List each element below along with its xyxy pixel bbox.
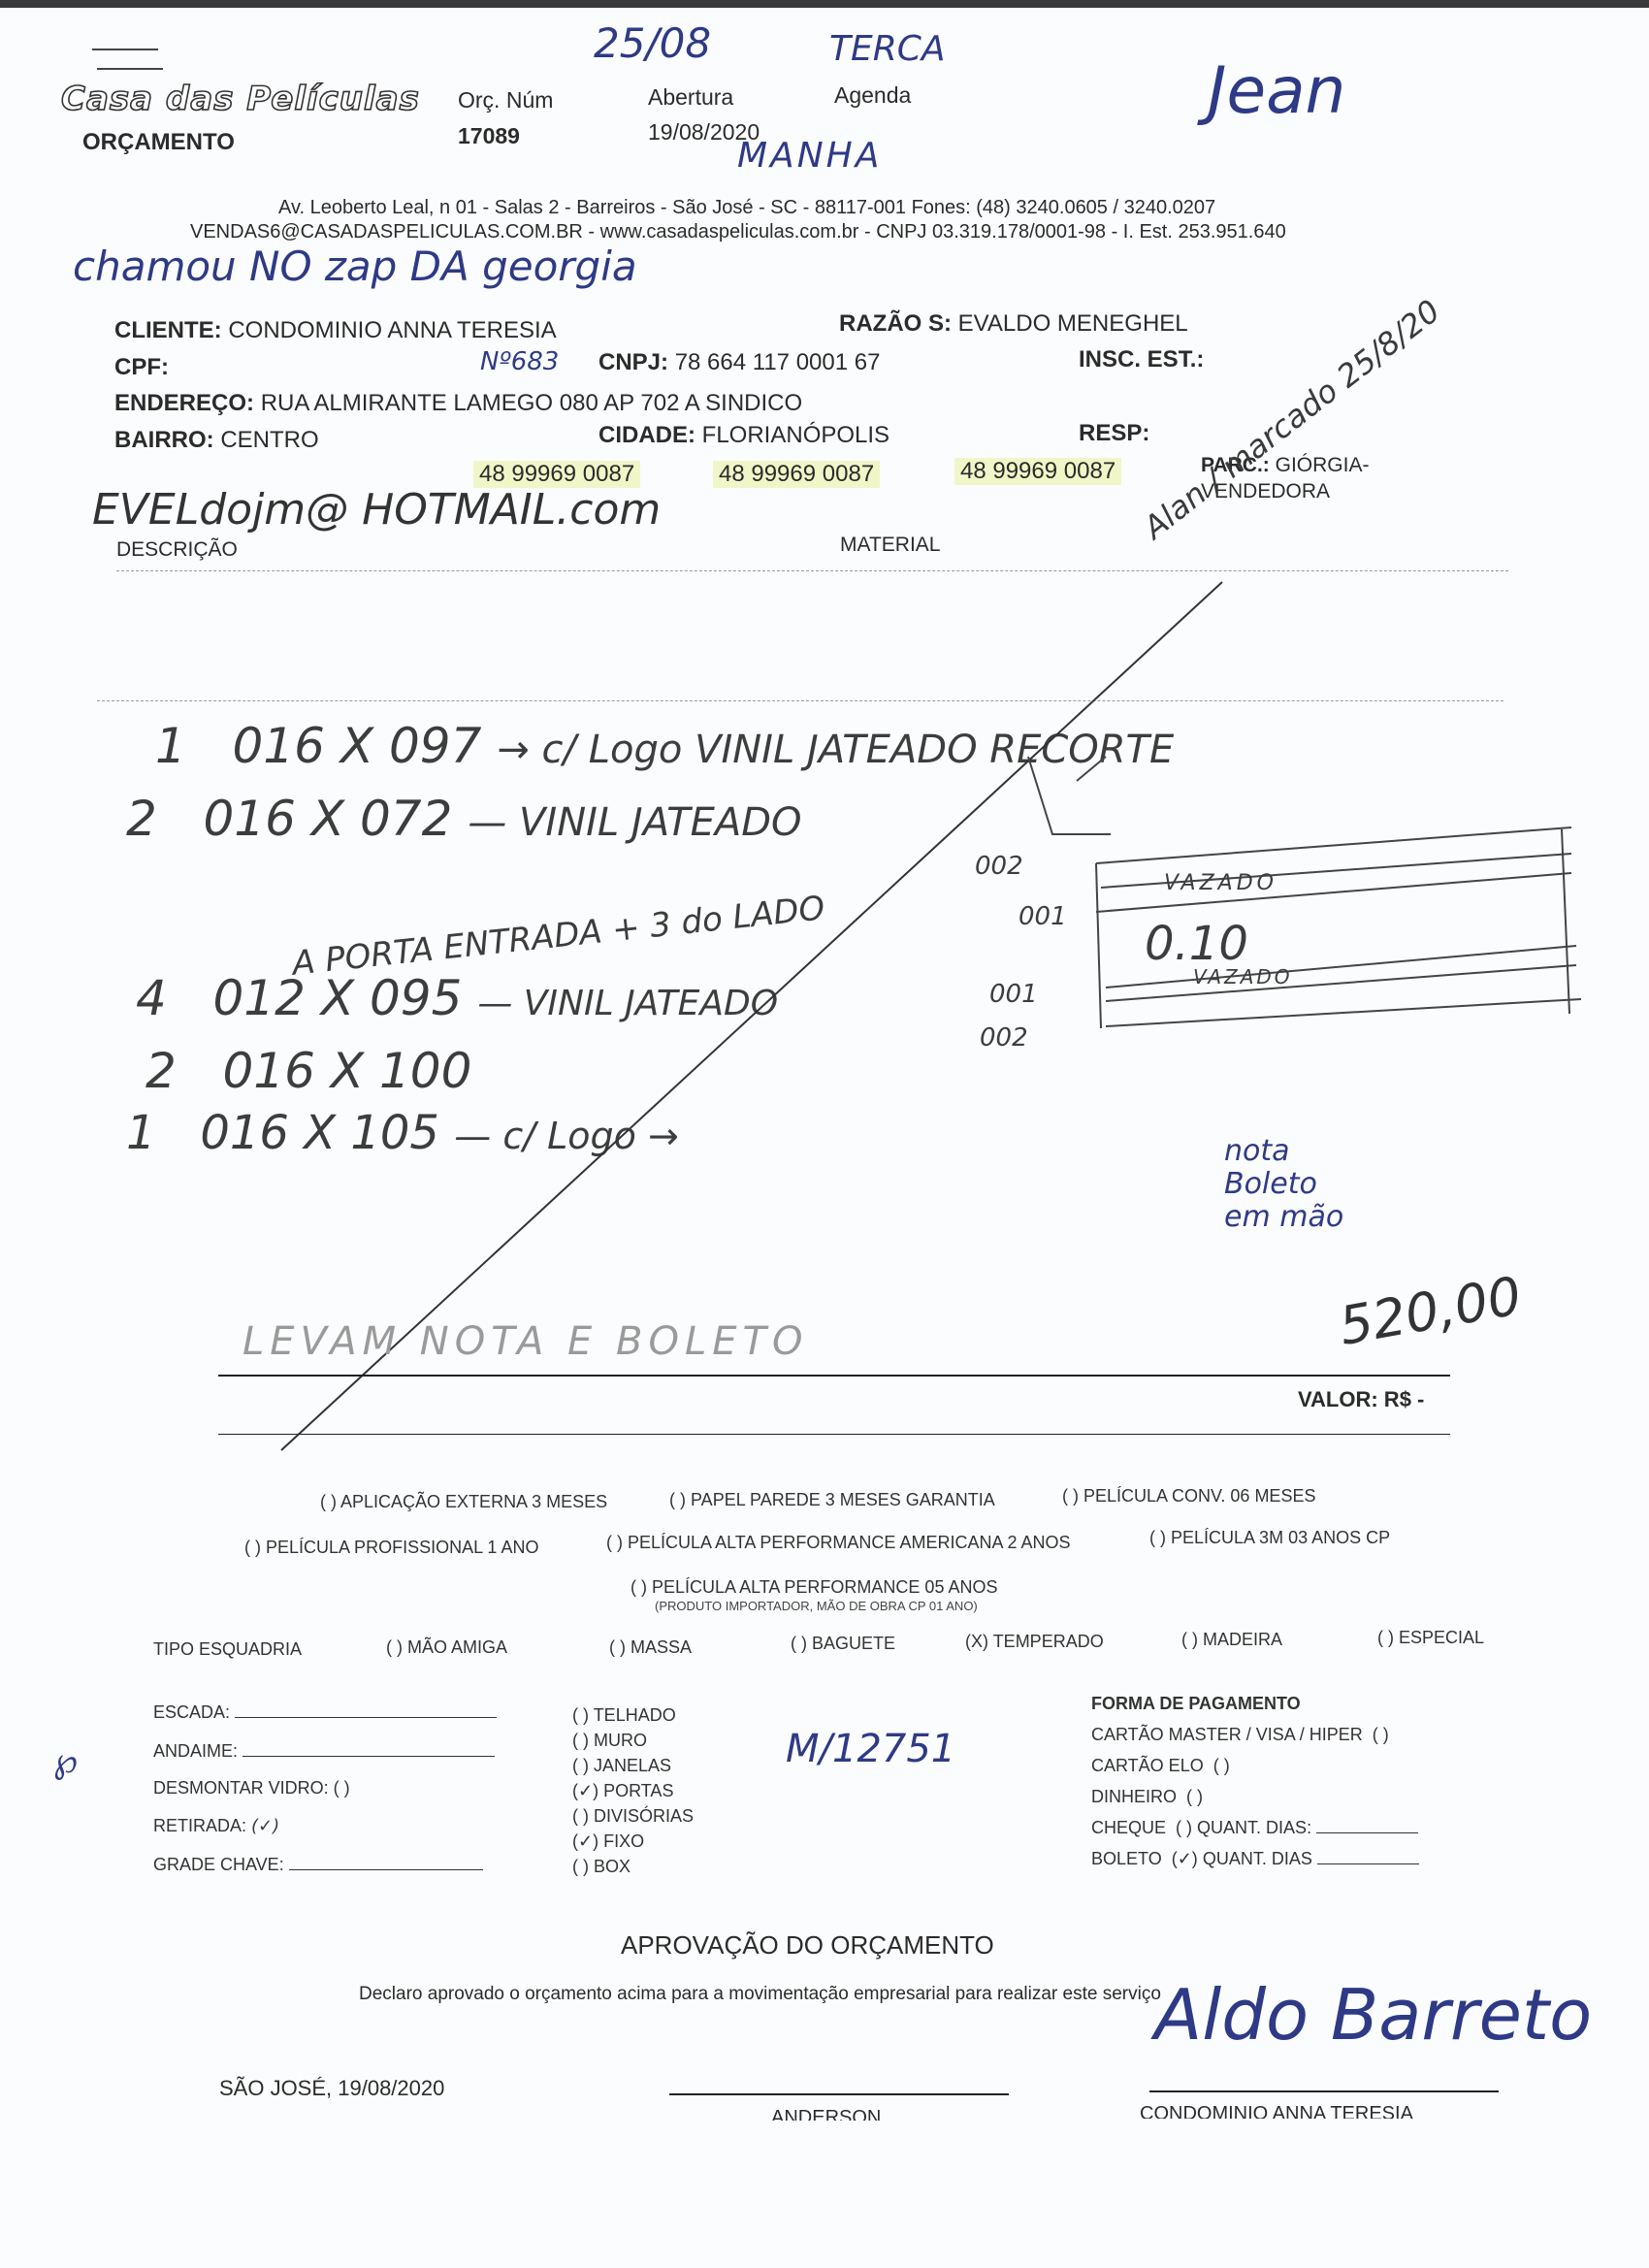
retirada-field: RETIRADA: (✓) xyxy=(153,1816,279,1836)
grade-chave-field: GRADE CHAVE: xyxy=(153,1855,483,1875)
abertura-label: Abertura xyxy=(648,84,733,111)
payment-option-checked: BOLETO (✓) QUANT. DIAS xyxy=(1091,1843,1419,1874)
side-note-line: Boleto xyxy=(1224,1168,1343,1201)
item-desc: — VINIL JATEADO xyxy=(477,984,778,1023)
cpf-label: CPF: xyxy=(114,354,169,381)
building-number-handwritten: Nº683 xyxy=(480,347,559,376)
phone-3: 48 99969 0087 xyxy=(954,458,1121,485)
phone-1: 48 99969 0087 xyxy=(473,461,640,488)
descricao-label: DESCRIÇÃO xyxy=(116,538,238,562)
location-option-checked: (✓) FIXO xyxy=(572,1829,694,1854)
client-row: CLIENTE: CONDOMINIO ANNA TERESIA xyxy=(114,317,557,344)
bairro-label: BAIRRO: xyxy=(114,427,214,453)
reference-number-handwritten: M/12751 xyxy=(786,1727,955,1771)
service-option-2: ( ) PAPEL PAREDE 3 MESES GARANTIA xyxy=(669,1490,995,1510)
item-row-6: 1 016 X 105 — c/ Logo → xyxy=(126,1106,679,1160)
company-contact: VENDAS6@CASADASPELICULAS.COM.BR - www.ca… xyxy=(190,221,1286,243)
side-note-handwritten: nota Boleto em mão xyxy=(1224,1135,1343,1234)
location-option: ( ) BOX xyxy=(572,1854,694,1879)
escada-field: ESCADA: xyxy=(153,1702,497,1723)
location-option-checked: (✓) PORTAS xyxy=(572,1778,694,1803)
company-logo: Casa das Películas xyxy=(61,80,420,118)
diagram-label-4: 002 xyxy=(980,1023,1028,1053)
diagram-top-text: VAZADO xyxy=(1164,871,1277,895)
parc-value: GIÓRGIA- xyxy=(1276,454,1370,476)
resp-label: RESP: xyxy=(1079,420,1149,447)
item-qty: 4 xyxy=(136,970,167,1026)
razao-label: RAZÃO S: xyxy=(839,310,952,337)
payment-option: CARTÃO ELO ( ) xyxy=(1091,1750,1419,1781)
approval-title: APROVAÇÃO DO ORÇAMENTO xyxy=(621,1930,994,1960)
item-size: 012 X 095 xyxy=(213,970,463,1026)
esquadria-option: ( ) MÃO AMIGA xyxy=(386,1637,507,1658)
item-qty: 1 xyxy=(126,1106,156,1160)
endereco-label: ENDEREÇO: xyxy=(114,390,254,416)
logo-mark-top xyxy=(92,49,158,50)
service-option-1: ( ) APLICAÇÃO EXTERNA 3 MESES xyxy=(320,1492,607,1512)
item-qty: 2 xyxy=(126,791,157,847)
andaime-field: ANDAIME: xyxy=(153,1741,495,1762)
approval-text: Declaro aprovado o orçamento acima para … xyxy=(359,1984,1161,2005)
cidade-label: CIDADE: xyxy=(598,422,695,448)
locations-list: ( ) TELHADO ( ) MURO ( ) JANELAS (✓) POR… xyxy=(572,1702,694,1879)
item-size: 016 X 097 xyxy=(233,718,482,774)
agenda-day-handwritten: TERCA xyxy=(829,29,946,69)
item-row-4: 4 012 X 095 — VINIL JATEADO xyxy=(136,970,778,1026)
insc-est-label: INSC. EST.: xyxy=(1079,346,1204,373)
esquadria-option: ( ) BAGUETE xyxy=(791,1634,895,1654)
phone-2: 48 99969 0087 xyxy=(713,461,880,488)
esquadria-option: ( ) ESPECIAL xyxy=(1377,1628,1484,1648)
total-value-handwritten: 520,00 xyxy=(1335,1265,1526,1357)
desmontar-field: DESMONTAR VIDRO: ( ) xyxy=(153,1778,350,1798)
agenda-date-handwritten: 25/08 xyxy=(594,19,711,67)
diagram-label-2: 001 xyxy=(1018,902,1067,931)
item-row-5: 2 016 X 100 xyxy=(145,1043,471,1099)
material-label: MATERIAL xyxy=(840,534,940,557)
place-date: SÃO JOSÉ, 19/08/2020 xyxy=(219,2076,444,2101)
orc-num-value: 17089 xyxy=(458,123,520,149)
seller-signature-line xyxy=(669,2093,1009,2095)
margin-mark: ℘ xyxy=(53,1741,78,1781)
seller-name: ANDERSON xyxy=(771,2107,881,2121)
cnpj-label: CNPJ: xyxy=(598,349,668,375)
cliente-value: CONDOMINIO ANNA TERESIA xyxy=(228,317,556,343)
esquadria-label: TIPO ESQUADRIA xyxy=(153,1639,302,1660)
esquadria-option: ( ) MADEIRA xyxy=(1181,1630,1282,1650)
service-footnote: (PRODUTO IMPORTADOR, MÃO DE OBRA CP 01 A… xyxy=(655,1599,978,1613)
endereco-value: RUA ALMIRANTE LAMEGO 080 AP 702 A SINDIC… xyxy=(261,390,802,416)
service-option-5: ( ) PELÍCULA ALTA PERFORMANCE AMERICANA … xyxy=(606,1533,1071,1553)
payment-option: CARTÃO MASTER / VISA / HIPER ( ) xyxy=(1091,1719,1419,1750)
location-option: ( ) JANELAS xyxy=(572,1753,694,1778)
agenda-period-handwritten: MANHA xyxy=(737,136,882,176)
payment-title: FORMA DE PAGAMENTO xyxy=(1091,1688,1419,1719)
valor-label: VALOR: R$ - xyxy=(1298,1387,1424,1412)
esquadria-option-checked: (X) TEMPERADO xyxy=(965,1632,1104,1652)
side-note-line: em mão xyxy=(1224,1201,1343,1234)
item-desc: — c/ Logo → xyxy=(454,1115,679,1157)
item-desc: → c/ Logo VINIL JATEADO RECORTE xyxy=(497,728,1174,772)
doc-type: ORÇAMENTO xyxy=(82,129,235,156)
item-qty: 1 xyxy=(155,718,186,774)
service-option-7: ( ) PELÍCULA ALTA PERFORMANCE 05 ANOS xyxy=(630,1577,997,1598)
client-name: CONDOMINIO ANNA TERESIA xyxy=(1140,2103,1413,2119)
diagram-bottom-text: VAZADO xyxy=(1193,965,1293,988)
orc-num-label: Orç. Núm xyxy=(458,87,553,113)
item-desc: — VINIL JATEADO xyxy=(468,800,801,845)
cliente-label: CLIENTE: xyxy=(114,317,222,343)
diagram-label-1: 002 xyxy=(975,852,1023,881)
bairro-value: CENTRO xyxy=(220,427,318,453)
valor-line xyxy=(218,1434,1450,1435)
company-address: Av. Leoberto Leal, n 01 - Salas 2 - Barr… xyxy=(278,197,1215,219)
item-size: 016 X 100 xyxy=(223,1043,472,1099)
diagram-label-3: 001 xyxy=(989,980,1038,1009)
client-signature-handwritten: Aldo Barreto xyxy=(1154,1974,1592,2056)
payment-option: DINHEIRO ( ) xyxy=(1091,1781,1419,1812)
location-option: ( ) DIVISÓRIAS xyxy=(572,1803,694,1829)
logo-mark-bottom xyxy=(97,68,163,70)
service-option-6: ( ) PELÍCULA 3M 03 ANOS CP xyxy=(1149,1528,1390,1548)
items-divider xyxy=(97,700,1503,701)
installer-name-handwritten: Jean xyxy=(1208,53,1345,128)
scan-edge xyxy=(0,0,1649,8)
location-option: ( ) TELHADO xyxy=(572,1702,694,1728)
email-handwritten: EVELdojm@ HOTMAIL.com xyxy=(92,485,661,535)
service-option-3: ( ) PELÍCULA CONV. 06 MESES xyxy=(1062,1486,1315,1507)
pencil-note: LEVAM NOTA E BOLETO xyxy=(242,1319,808,1364)
esquadria-option: ( ) MASSA xyxy=(609,1637,692,1658)
cidade-value: FLORIANÓPOLIS xyxy=(702,422,889,448)
item-row-1: 1 016 X 097 → c/ Logo VINIL JATEADO RECO… xyxy=(155,718,1174,774)
razao-value: EVALDO MENEGHEL xyxy=(958,310,1188,337)
total-line xyxy=(218,1375,1450,1377)
service-option-4: ( ) PELÍCULA PROFISSIONAL 1 ANO xyxy=(244,1538,538,1558)
item-qty: 2 xyxy=(145,1043,177,1099)
item-row-2: 2 016 X 072 — VINIL JATEADO xyxy=(126,791,802,847)
cnpj-value: 78 664 117 0001 67 xyxy=(675,349,881,375)
item-size: 016 X 072 xyxy=(204,791,453,847)
whatsapp-note-handwritten: chamou NO zap DA georgia xyxy=(73,243,637,290)
item-size: 016 X 105 xyxy=(200,1106,439,1160)
client-signature-line xyxy=(1149,2090,1499,2092)
header-divider xyxy=(116,570,1508,571)
payment-option: CHEQUE ( ) QUANT. DIAS: xyxy=(1091,1812,1419,1843)
location-option: ( ) MURO xyxy=(572,1728,694,1753)
diagram-center-text: 0.10 xyxy=(1145,917,1248,971)
side-note-line: nota xyxy=(1224,1135,1343,1168)
agenda-label: Agenda xyxy=(834,82,911,109)
payment-block: FORMA DE PAGAMENTO CARTÃO MASTER / VISA … xyxy=(1091,1688,1419,1874)
